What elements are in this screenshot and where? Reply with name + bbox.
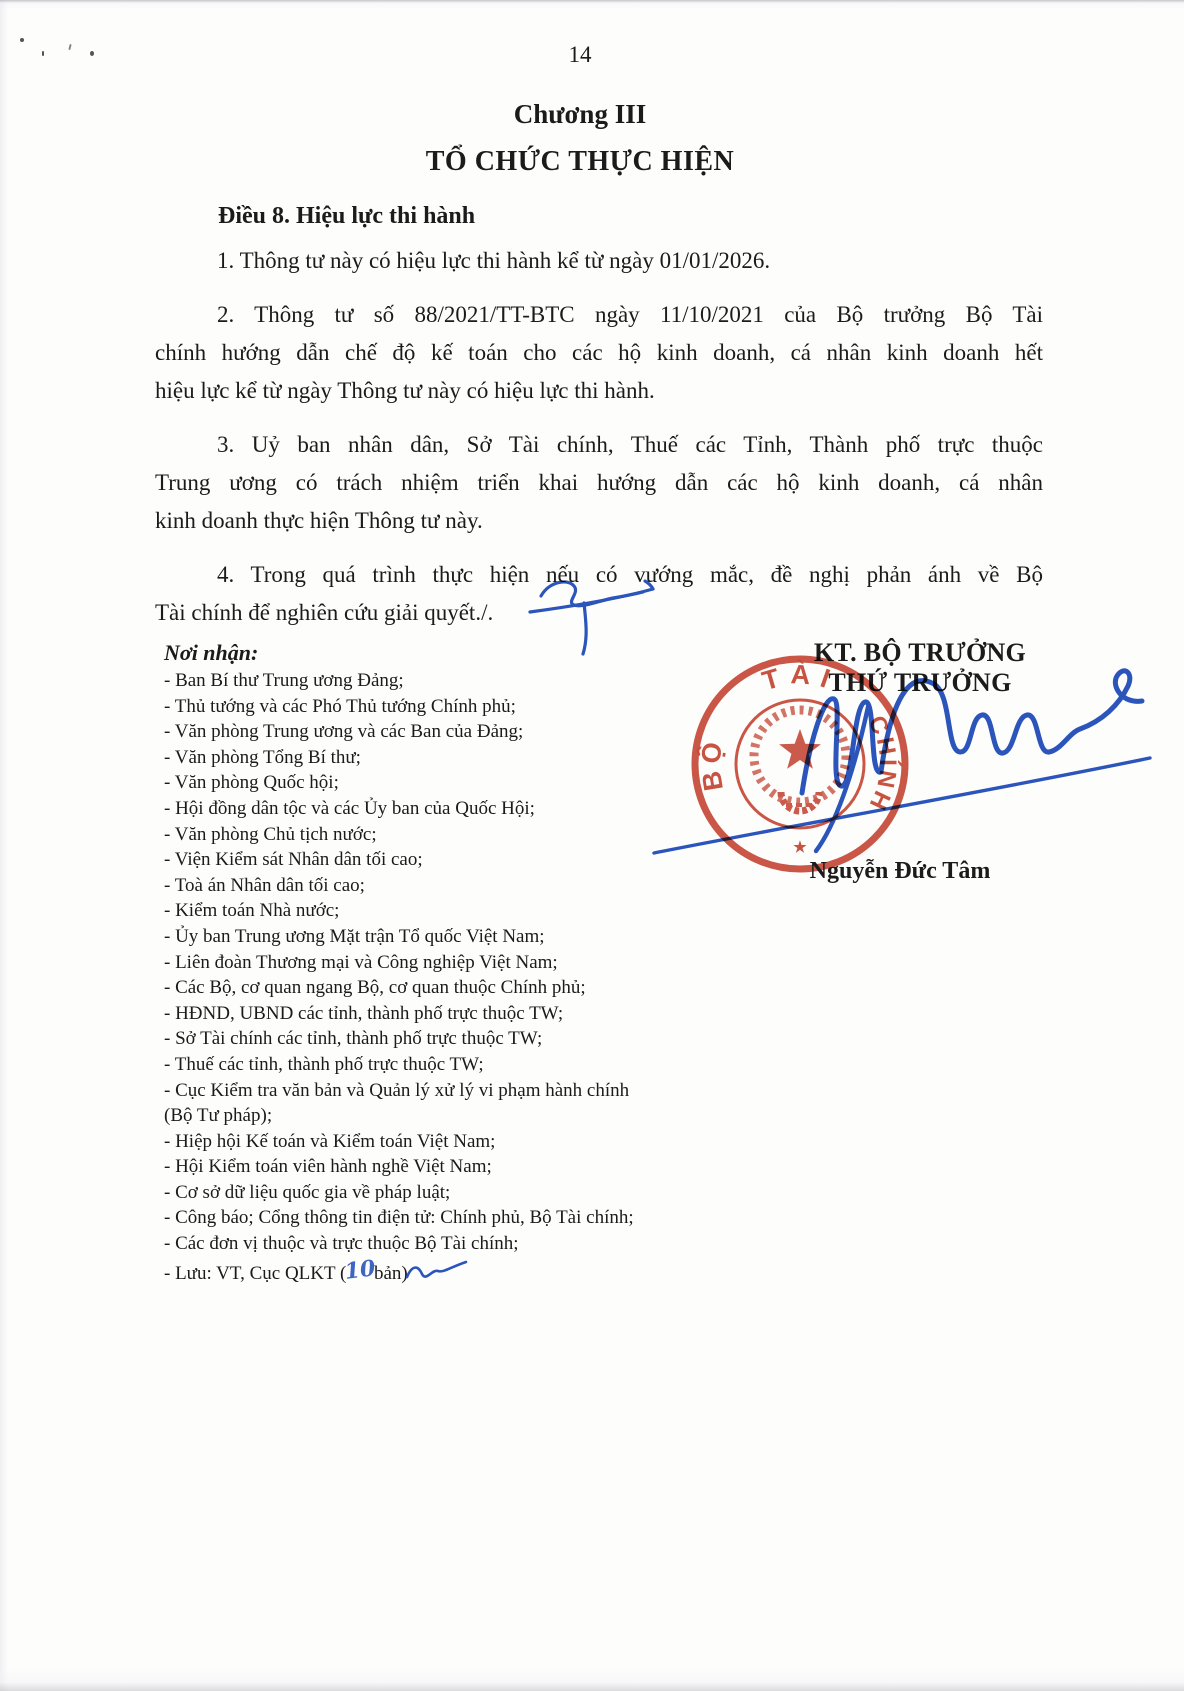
recipient-item: - Hiệp hội Kế toán và Kiểm toán Việt Nam…	[164, 1129, 884, 1155]
recipient-item: - Ủy ban Trung ương Mặt trận Tổ quốc Việ…	[164, 924, 884, 950]
body-paragraph: 1. Thông tư này có hiệu lực thi hành kể …	[155, 242, 1043, 280]
body-paragraph: 2. Thông tư số 88/2021/TT-BTC ngày 11/10…	[155, 296, 1043, 410]
signature-main-stroke	[802, 671, 1142, 793]
chapter-label: Chương III	[0, 99, 1160, 130]
recipient-item: - Công báo; Cổng thông tin điện tử: Chín…	[164, 1205, 884, 1231]
luu-prefix: - Lưu: VT, Cục QLKT (	[164, 1263, 346, 1284]
recipient-item: - Liên đoàn Thương mại và Công nghiệp Vi…	[164, 950, 884, 976]
signature-descender-stroke	[816, 707, 868, 851]
handwritten-copy-count: 10	[344, 1256, 378, 1285]
recipient-item: - Hội Kiểm toán viên hành nghề Việt Nam;	[164, 1154, 884, 1180]
body-line: 1. Thông tư này có hiệu lực thi hành kể …	[155, 242, 1043, 280]
recipient-item: (Bộ Tư pháp);	[164, 1103, 884, 1129]
article-heading: Điều 8. Hiệu lực thi hành	[218, 203, 475, 230]
recipient-item: - Sở Tài chính các tỉnh, thành phố trực …	[164, 1026, 884, 1052]
recipients-label: Nơi nhận:	[164, 640, 258, 666]
signature-underline-stroke	[654, 758, 1150, 853]
recipient-item: - Thuế các tỉnh, thành phố trực thuộc TW…	[164, 1052, 884, 1078]
luu-suffix: bản)	[374, 1263, 408, 1284]
recipient-item: - Các Bộ, cơ quan ngang Bộ, cơ quan thuộ…	[164, 975, 884, 1001]
body-line: kinh doanh thực hiện Thông tư này.	[155, 502, 1043, 540]
body-line: Trung ương có trách nhiệm triển khai hướ…	[155, 464, 1043, 502]
chapter-title: TỔ CHỨC THỰC HIỆN	[0, 146, 1160, 178]
recipient-item: - Cục Kiểm tra văn bản và Quản lý xử lý …	[164, 1078, 884, 1104]
handwritten-paraph-scribble	[525, 572, 665, 660]
recipient-luu-line: - Lưu: VT, Cục QLKT (10bản)	[164, 1257, 884, 1287]
recipient-item: - HĐND, UBND các tỉnh, thành phố trực th…	[164, 1001, 884, 1027]
recipient-item: - Cơ sở dữ liệu quốc gia về pháp luật;	[164, 1180, 884, 1206]
recipient-item: - Các đơn vị thuộc và trực thuộc Bộ Tài …	[164, 1231, 884, 1257]
handwritten-initials-squiggle	[404, 1257, 470, 1285]
page-number: 14	[0, 42, 1160, 68]
body-paragraph: 3. Uỷ ban nhân dân, Sở Tài chính, Thuế c…	[155, 426, 1043, 540]
body-line: 3. Uỷ ban nhân dân, Sở Tài chính, Thuế c…	[155, 426, 1043, 464]
body-line: 2. Thông tư số 88/2021/TT-BTC ngày 11/10…	[155, 296, 1043, 334]
recipient-item: - Kiểm toán Nhà nước;	[164, 898, 884, 924]
handwritten-signature	[610, 555, 1170, 885]
body-line: hiệu lực kể từ ngày Thông tư này có hiệu…	[155, 372, 1043, 410]
body-line: chính hướng dẫn chế độ kế toán cho các h…	[155, 334, 1043, 372]
signer-name: Nguyễn Đức Tâm	[740, 858, 1060, 885]
document-page: 14 Chương III TỔ CHỨC THỰC HIỆN Điều 8. …	[0, 0, 1184, 1691]
